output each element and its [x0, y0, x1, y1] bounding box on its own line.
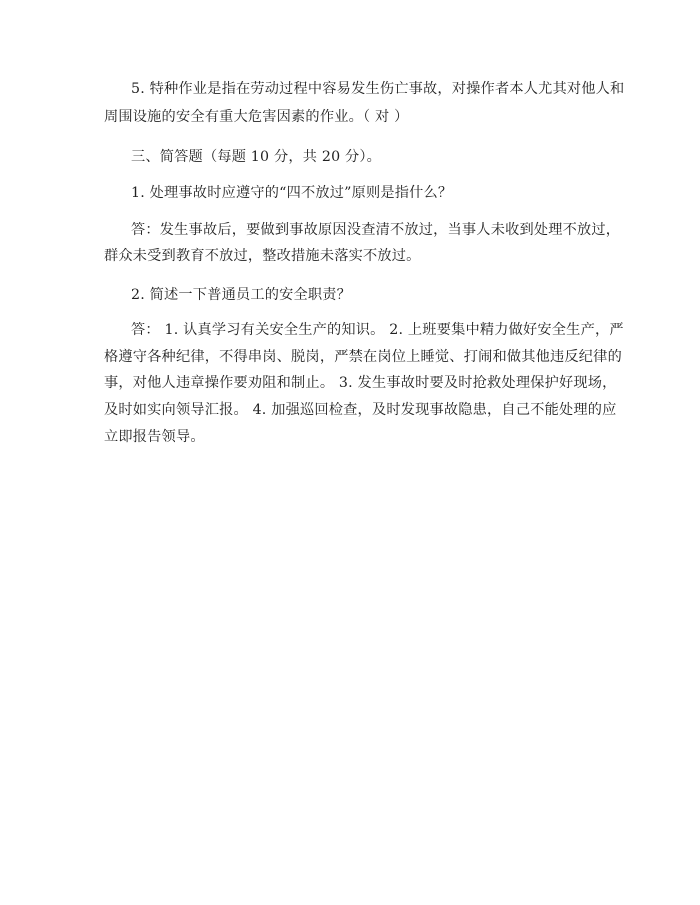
- q2-answer-line-4: 及时如实向领导汇报。 4. 加强巡回检查，及时发现事故隐患，自己不能处理的应: [104, 401, 604, 419]
- q1-answer-line-2: 群众未受到教育不放过，整改措施未落实不放过。: [104, 247, 604, 265]
- q2-answer-line-2: 格遵守各种纪律，不得串岗、脱岗，严禁在岗位上睡觉、打闹和做其他违反纪律的: [104, 348, 604, 366]
- document-page: 5. 特种作业是指在劳动过程中容易发生伤亡事故，对操作者本人尤其对他人和 周围设…: [0, 0, 700, 905]
- q2-question: 2. 简述一下普通员工的安全职责？: [131, 286, 631, 304]
- q1-answer-line-1: 答：发生事故后，要做到事故原因没查清不放过，当事人未收到处理不放过，: [131, 221, 631, 239]
- q1-question: 1. 处理事故时应遵守的“四不放过”原则是指什么？: [131, 184, 631, 202]
- section-3-heading: 三、简答题（每题 10 分，共 20 分）。: [131, 148, 631, 166]
- q2-answer-line-1: 答： 1. 认真学习有关安全生产的知识。 2. 上班要集中精力做好安全生产，严: [131, 321, 631, 339]
- q2-answer-line-5: 立即报告领导。: [104, 428, 604, 446]
- question-5-line-1: 5. 特种作业是指在劳动过程中容易发生伤亡事故，对操作者本人尤其对他人和: [131, 80, 631, 98]
- question-5-line-2: 周围设施的安全有重大危害因素的作业。（ 对 ）: [104, 108, 604, 126]
- q2-answer-line-3: 事，对他人违章操作要劝阻和制止。 3. 发生事故时要及时抢救处理保护好现场，: [104, 374, 604, 392]
